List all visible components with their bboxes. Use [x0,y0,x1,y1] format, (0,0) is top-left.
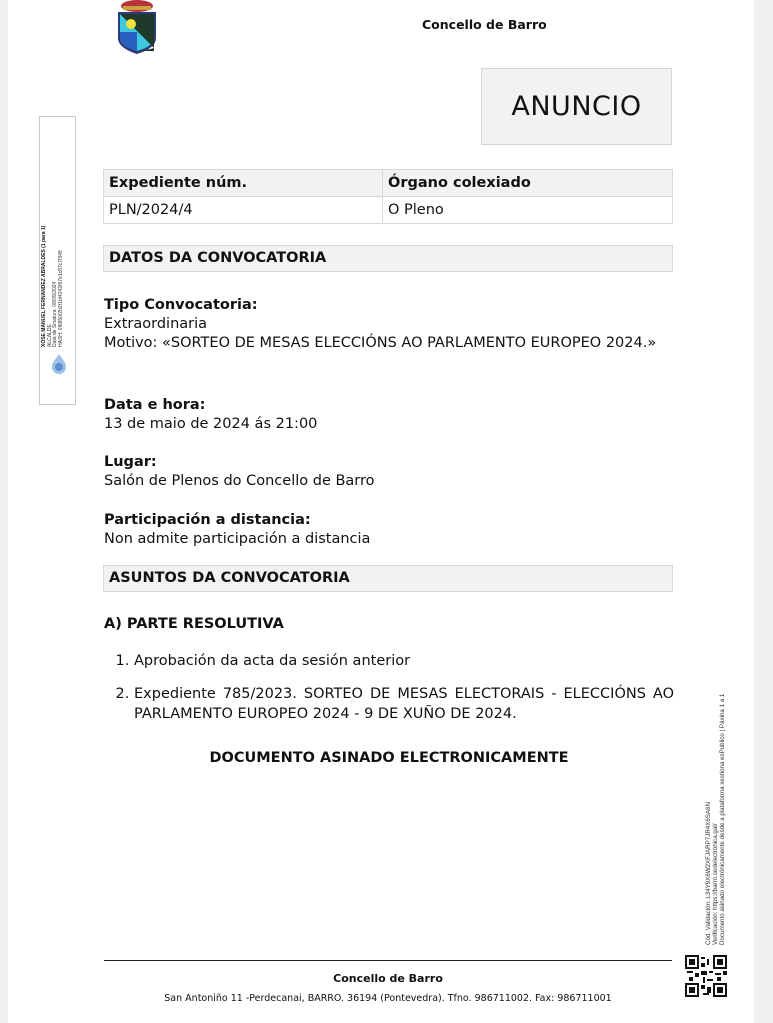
section-datos: DATOS DA CONVOCATORIA [103,245,673,272]
expediente-table: Expediente núm. Órgano colexiado PLN/202… [103,169,673,224]
coat-of-arms-icon [114,0,160,54]
list-item: Aprobación da acta da sesión anterior [134,651,674,671]
tipo-label: Tipo Convocatoria: [104,296,674,315]
footer-organization: Concello de Barro [104,972,672,985]
signature-panel: XOSE MANUEL FERNANDEZ ABRALDES (1 para 1… [39,116,76,405]
parte-resolutiva-title: A) PARTE RESOLUTIVA [104,616,284,632]
organization-title: Concello de Barro [422,17,547,32]
validation-platform: Documento asinado electrónicamente desde… [719,694,726,945]
signature-hash: HASH: 0f6850f2b2f1bf4242f67e1c87c7f34ff [59,226,65,347]
footer-address: San Antoniño 11 -Perdecanai, BARRO. 3619… [104,993,672,1004]
validation-text: Cód. Validación: L34Y9X6W2XFJARP7JR4X6SA… [705,694,726,945]
data-block: Data e hora: 13 de maio de 2024 ás 21:00 [104,396,674,434]
tipo-value: Extraordinaria [104,315,674,334]
table-row: PLN/2024/4 O Pleno [104,197,673,224]
motivo-text: Motivo: «SORTEO DE MESAS ELECCIÓNS AO PA… [104,334,674,353]
lugar-value: Salón de Plenos do Concello de Barro [104,472,674,491]
section-asuntos: ASUNTOS DA CONVOCATORIA [103,565,673,592]
data-value: 13 de maio de 2024 ás 21:00 [104,415,674,434]
lugar-label: Lugar: [104,453,674,472]
tipo-block: Tipo Convocatoria: Extraordinaria Motivo… [104,296,674,353]
organo-value: O Pleno [383,197,673,224]
document-type-label: ANUNCIO [511,91,641,122]
qr-code-icon [685,955,727,997]
lugar-block: Lugar: Salón de Plenos do Concello de Ba… [104,453,674,491]
data-label: Data e hora: [104,396,674,415]
participacion-block: Participación a distancia: Non admite pa… [104,511,674,549]
table-header-row: Expediente núm. Órgano colexiado [104,170,673,197]
document-page: Concello de Barro ANUNCIO XOSE MANUEL FE… [8,0,754,1023]
asuntos-list: Aprobación da acta da sesión anterior Ex… [104,651,674,737]
header-organo: Órgano colexiado [383,170,673,197]
expediente-value: PLN/2024/4 [104,197,383,224]
electronic-seal-icon [49,353,69,375]
validation-url: Verificación: https://barro.sedelectroni… [712,694,719,945]
signed-notice: DOCUMENTO ASINADO ELECTRONICAMENTE [104,750,674,766]
list-item: Expediente 785/2023. SORTEO DE MESAS ELE… [134,684,674,724]
participacion-label: Participación a distancia: [104,511,674,530]
document-type-box: ANUNCIO [481,68,672,145]
participacion-value: Non admite participación a distancia [104,530,674,549]
validation-code: Cód. Validación: L34Y9X6W2XFJARP7JR4X6SA… [705,694,712,945]
signature-text: XOSE MANUEL FERNANDEZ ABRALDES (1 para 1… [42,226,64,347]
header-expediente: Expediente núm. [104,170,383,197]
footer-divider [104,960,672,961]
